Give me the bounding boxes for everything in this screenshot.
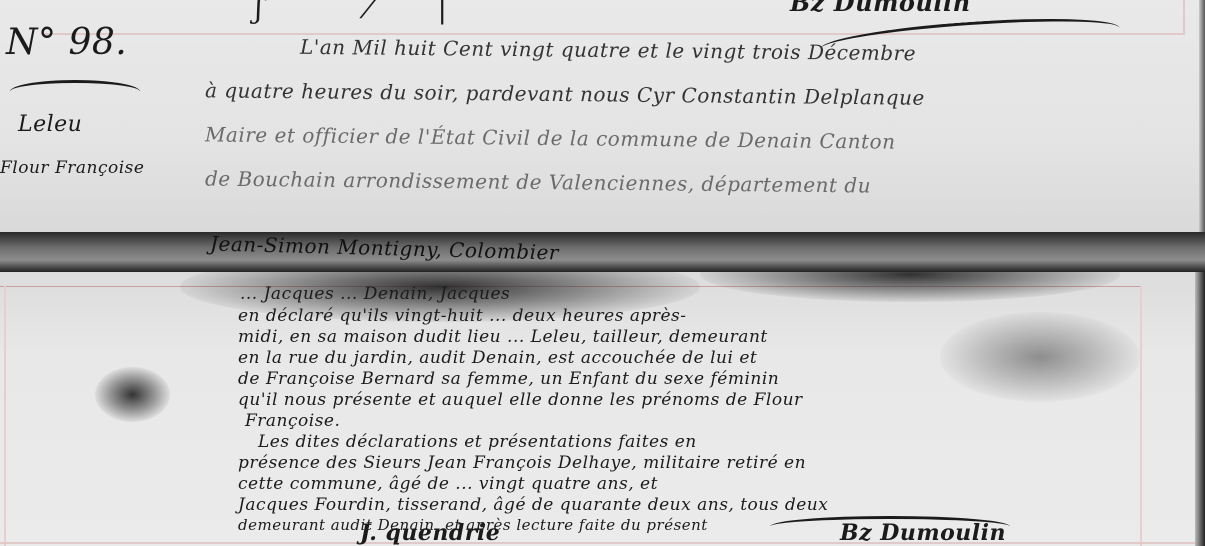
previous-entry-ink: ʃ ⁄ | [255, 0, 447, 25]
signature-right: Bz Dumoulin [840, 520, 1006, 546]
margin-surname: Leleu [18, 112, 82, 137]
page-edge [1199, 0, 1205, 232]
margin-rule-vertical [1140, 286, 1142, 546]
top-signature: Bz Dumoulin [790, 0, 971, 17]
margin-given-names: Flour Françoise [0, 158, 144, 178]
record-line-7: Les dites déclarations et présentations … [258, 432, 697, 452]
record-line-3: en la rue du jardin, audit Denain, est a… [238, 348, 757, 368]
record-line-3: Maire et officier de l'État Civil de la … [205, 122, 896, 153]
ink-bleed-stain [940, 312, 1140, 402]
ink-bleed-stain [700, 272, 1120, 302]
record-line-5: qu'il nous présente et auquel elle donne… [238, 390, 803, 410]
record-line-8: présence des Sieurs Jean François Delhay… [238, 453, 806, 473]
upper-page-fragment: ʃ ⁄ | Bz Dumoulin N° 98. Leleu Flour Fra… [0, 0, 1205, 232]
record-line-2: midi, en sa maison dudit lieu ... Leleu,… [238, 327, 768, 347]
record-line-9: cette commune, âgé de ... vingt quatre a… [238, 474, 658, 494]
entry-number: N° 98. [6, 22, 127, 63]
signature-left: J. quendrie [360, 520, 500, 546]
page-fold-shadow [0, 232, 1205, 272]
record-line-10: Jacques Fourdin, tisserand, âgé de quara… [238, 495, 828, 515]
ink-stain-blot [95, 367, 170, 422]
record-line-2: à quatre heures du soir, pardevant nous … [205, 78, 925, 110]
lower-page-fragment: ... Jacques ... Denain, Jacques en décla… [0, 272, 1205, 546]
record-line-4: de Françoise Bernard sa femme, un Enfant… [238, 369, 779, 389]
margin-rule-vertical [1183, 0, 1185, 35]
number-flourish [10, 80, 140, 103]
page-edge [1195, 272, 1205, 546]
record-line-0: ... Jacques ... Denain, Jacques [240, 284, 510, 304]
bottom-rule [0, 542, 1205, 544]
record-line-6: Françoise. [245, 411, 340, 431]
record-line-4: de Bouchain arrondissement de Valencienn… [205, 167, 871, 198]
record-line-1: en déclaré qu'ils vingt-huit ... deux he… [238, 306, 687, 326]
margin-rule-left [4, 286, 6, 546]
register-scan: ʃ ⁄ | Bz Dumoulin N° 98. Leleu Flour Fra… [0, 0, 1205, 546]
record-line-1: L'an Mil huit Cent vingt quatre et le vi… [300, 35, 916, 65]
